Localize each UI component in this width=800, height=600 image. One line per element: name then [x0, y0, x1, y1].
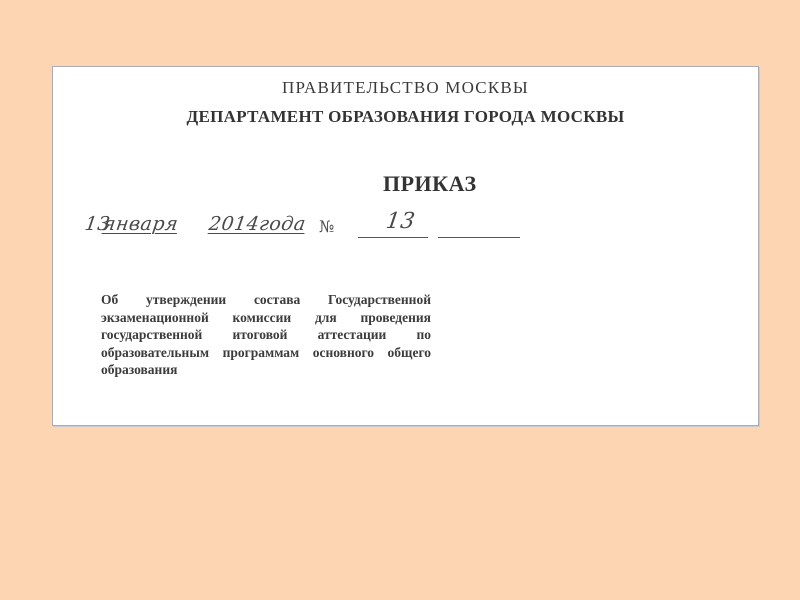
handwritten-year: 2014года [207, 213, 307, 235]
date-number-line: 13 января 2014года № 13 [81, 213, 501, 243]
handwritten-month: января [101, 213, 179, 235]
department-header: ДЕПАРТАМЕНТ ОБРАЗОВАНИЯ ГОРОДА МОСКВЫ [53, 107, 758, 127]
document-page: ПРАВИТЕЛЬСТВО МОСКВЫ ДЕПАРТАМЕНТ ОБРАЗОВ… [52, 66, 759, 426]
order-title: ПРИКАЗ [383, 171, 477, 197]
order-subject: Об утверждении состава Государственной э… [101, 291, 431, 379]
blank-underline [438, 237, 520, 238]
handwritten-number: 13 [384, 209, 417, 234]
government-header: ПРАВИТЕЛЬСТВО МОСКВЫ [53, 78, 758, 98]
number-underline [358, 237, 428, 238]
number-sign: № [319, 217, 335, 236]
